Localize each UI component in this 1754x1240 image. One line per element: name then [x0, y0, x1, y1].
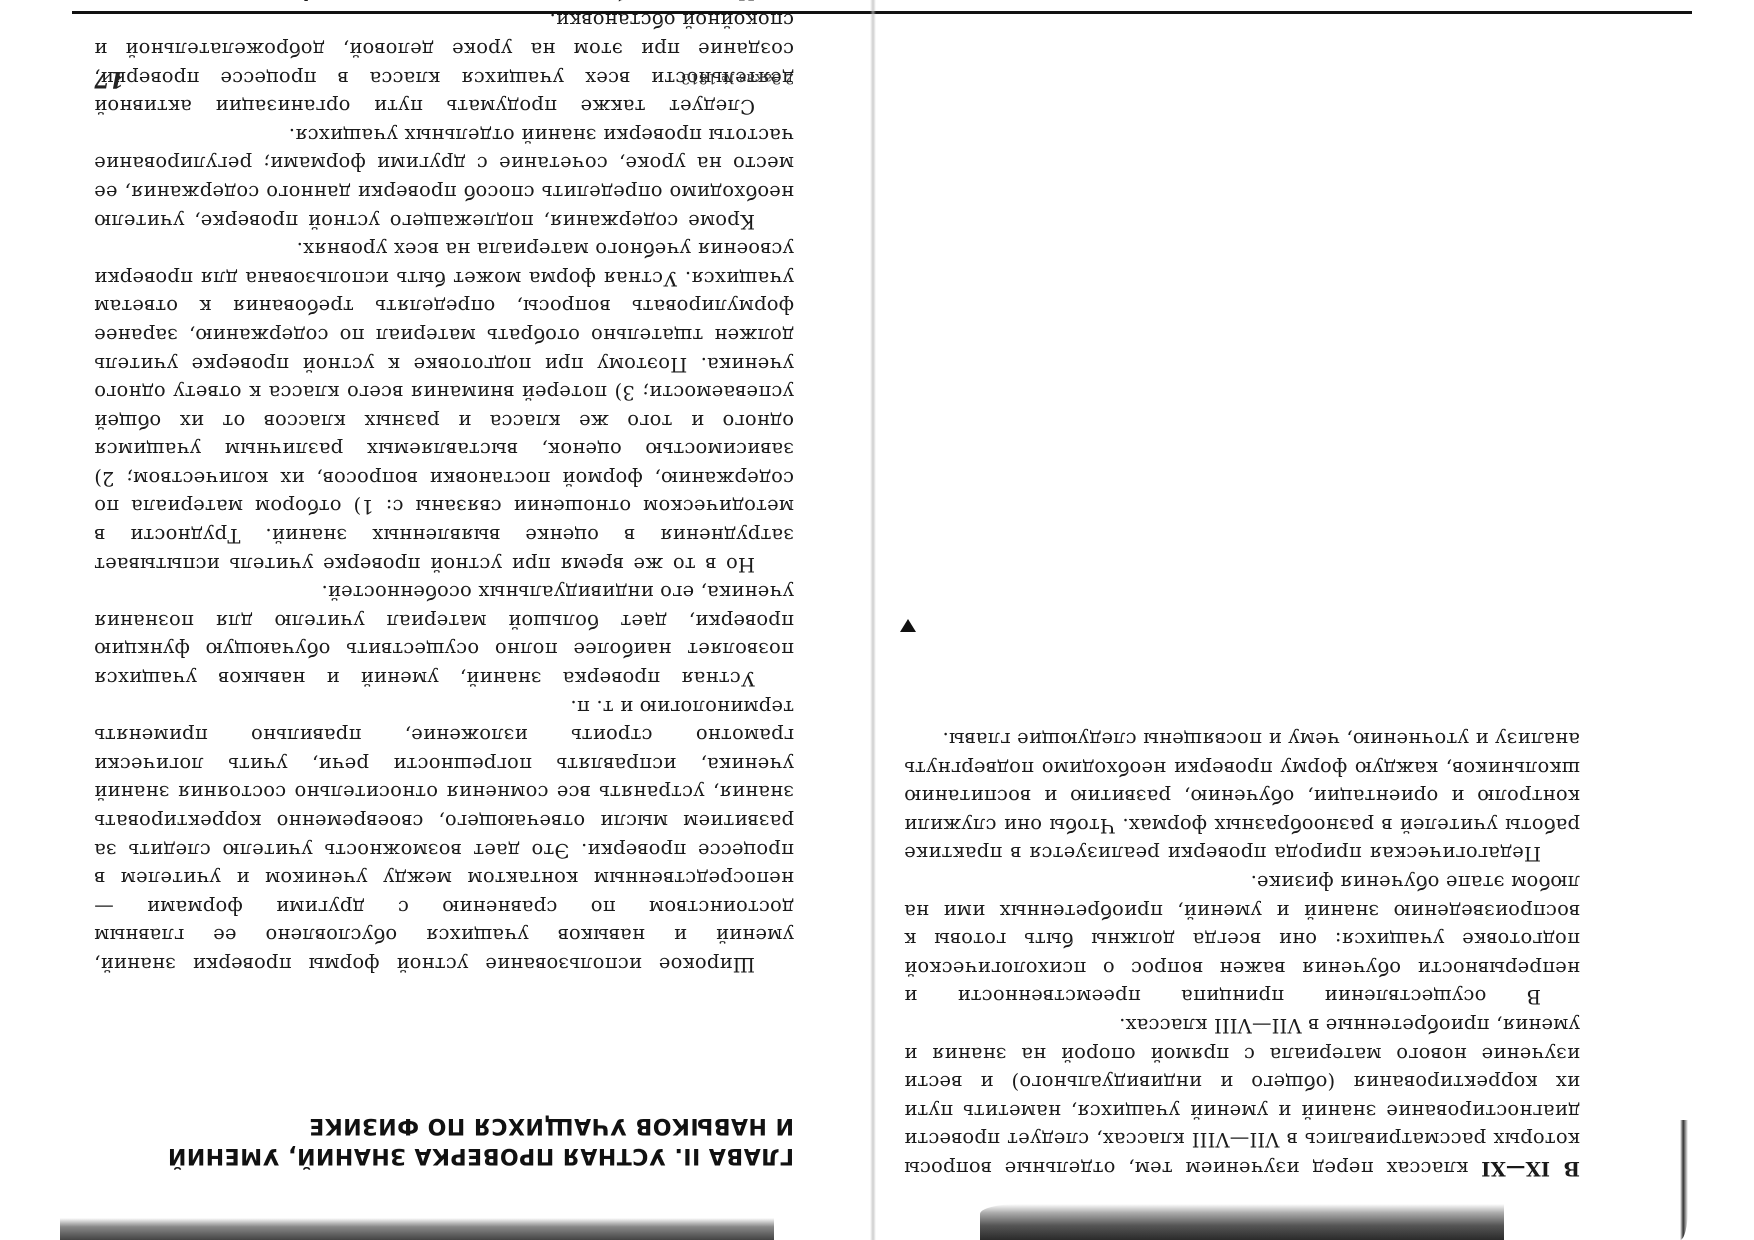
book-spread-scan: В IX—XI классах перед изучением тем, отд… [0, 0, 1754, 1240]
page-footer: 2 Заказ № 1813 17 [94, 54, 794, 94]
paragraph: Педагогическая природа проверки реализуе… [904, 725, 1580, 868]
chapter-title: ГЛАВА II. УСТНАЯ ПРОВЕРКА ЗНАНИЙ, УМЕНИЙ… [94, 1110, 794, 1170]
chapter-title-line: И НАВЫКОВ УЧАЩИХСЯ ПО ФИЗИКЕ [94, 1110, 794, 1140]
paragraph: Но в то же время при устной проверке учи… [94, 235, 794, 578]
page-curl-edge [1680, 1120, 1688, 1240]
left-page-body: В IX—XI классах перед изучением тем, отд… [904, 725, 1580, 1183]
right-page-body: Широкое использование устной формы прове… [94, 0, 794, 978]
paragraph: Широкое использование устной формы прове… [94, 692, 794, 978]
right-page: ГЛАВА II. УСТНАЯ ПРОВЕРКА ЗНАНИЙ, УМЕНИЙ… [92, 0, 814, 1240]
paragraph: Нельзя забывать при этом, что функции пр… [94, 0, 794, 6]
paragraph-text: классах перед изучением тем, отдельные в… [904, 1014, 1580, 1180]
paragraph-lead: В IX—XI [1481, 1157, 1580, 1180]
paragraph: Кроме содержания, подлежащего устной про… [94, 120, 794, 234]
chapter-title-line: ГЛАВА II. УСТНАЯ ПРОВЕРКА ЗНАНИЙ, УМЕНИЙ [94, 1140, 794, 1170]
paragraph: Устная проверка знаний, умений и навыков… [94, 578, 794, 692]
left-page: В IX—XI классах перед изучением тем, отд… [904, 0, 1604, 1240]
paragraph: В осуществлении принципа преемственности… [904, 867, 1580, 1010]
page-number: 17 [94, 66, 125, 92]
book-gutter [870, 0, 876, 1240]
paragraph: В IX—XI классах перед изучением тем, отд… [904, 1010, 1580, 1182]
printer-signature: 2 Заказ № 1813 [681, 70, 794, 86]
